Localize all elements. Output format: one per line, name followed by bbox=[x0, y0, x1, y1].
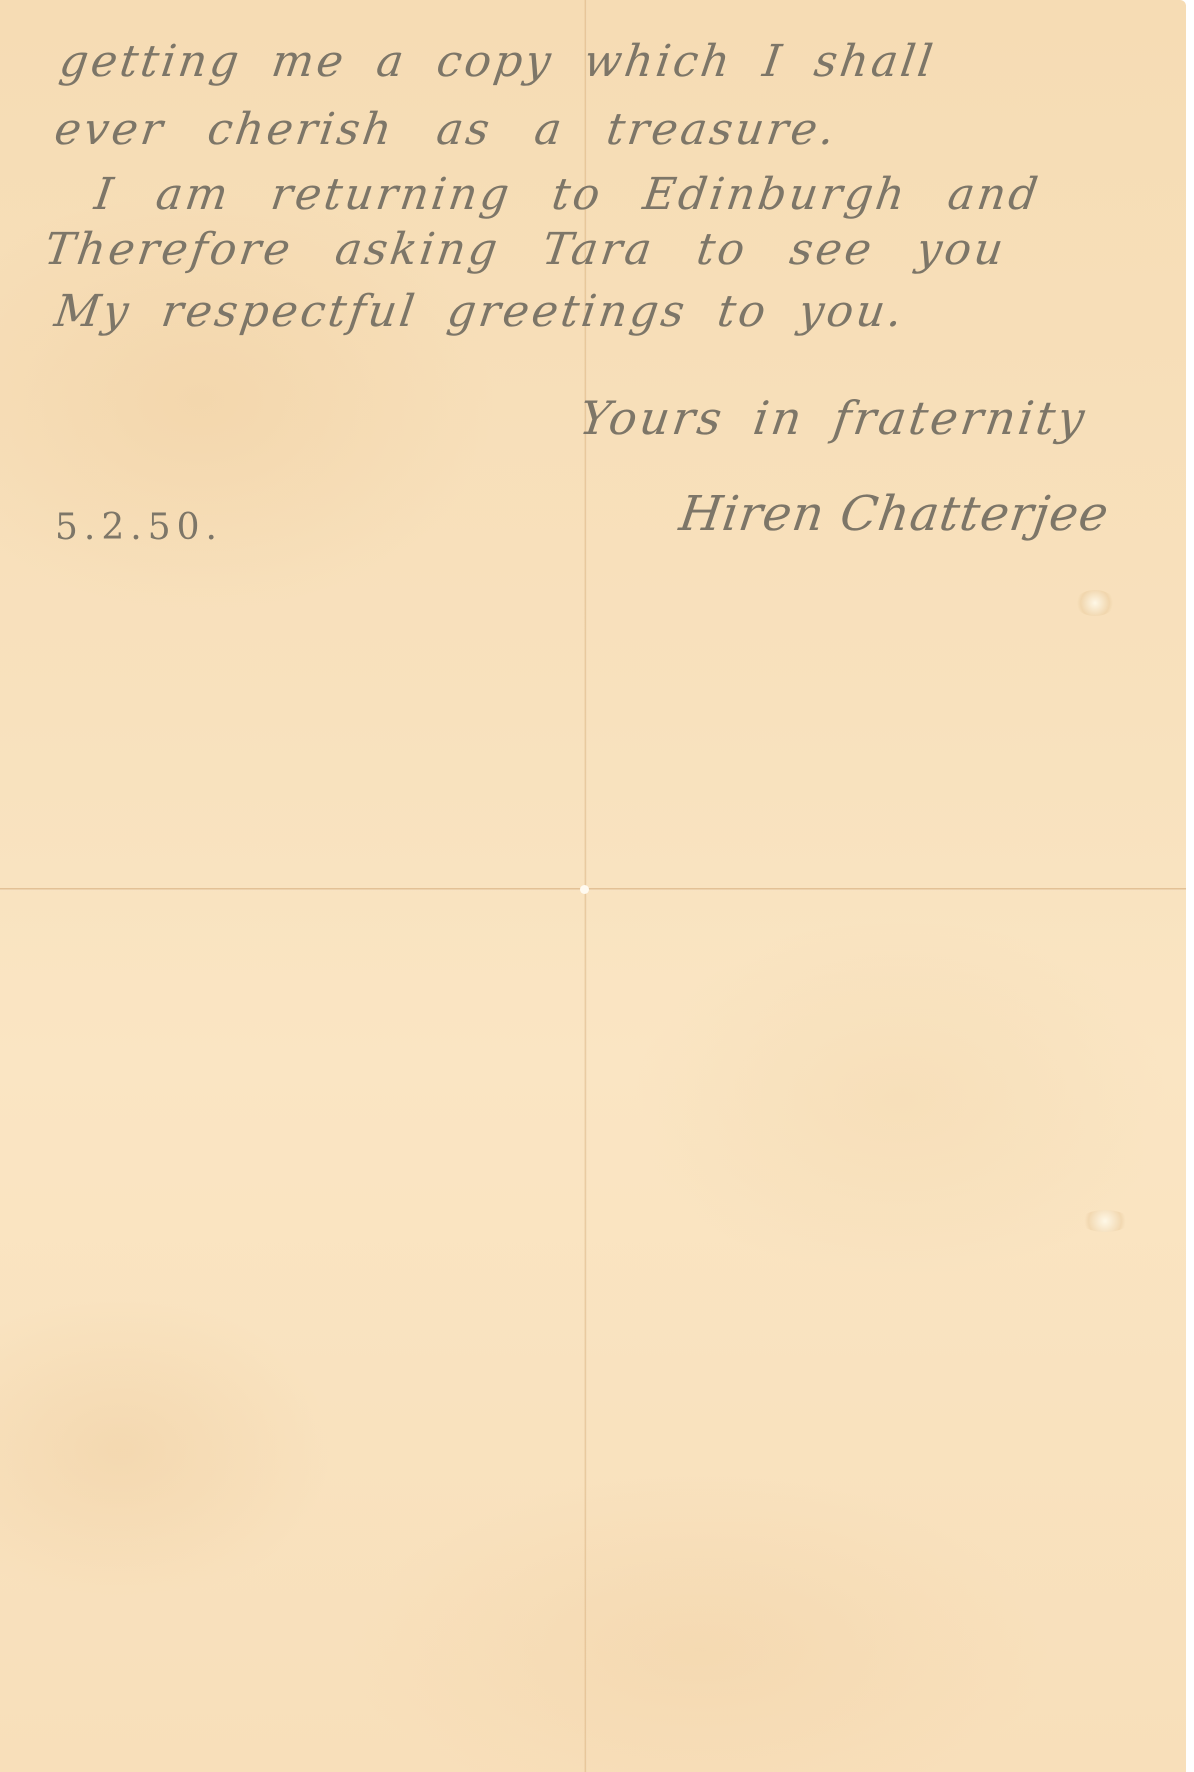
letter-date: 5.2.50. bbox=[55, 510, 223, 546]
horizontal-fold-crease bbox=[0, 888, 1186, 891]
letter-line-2: ever cherish as a treasure. bbox=[52, 108, 840, 152]
letter-line-1: getting me a copy which I shall bbox=[57, 40, 938, 84]
fold-intersection-wear bbox=[580, 885, 589, 894]
letter-line-5: My respectful greetings to you. bbox=[52, 290, 908, 334]
letter-closing: Yours in fraternity bbox=[577, 395, 1090, 441]
paper-stain bbox=[1080, 1210, 1130, 1232]
letter-signature: Hiren Chatterjee bbox=[677, 490, 1112, 538]
letter-line-3: I am returning to Edinburgh and bbox=[92, 173, 1043, 217]
paper-stain bbox=[1075, 590, 1115, 616]
letter-page: getting me a copy which I shall ever che… bbox=[0, 0, 1186, 1772]
letter-line-4: Therefore asking Tara to see you bbox=[42, 228, 1009, 272]
